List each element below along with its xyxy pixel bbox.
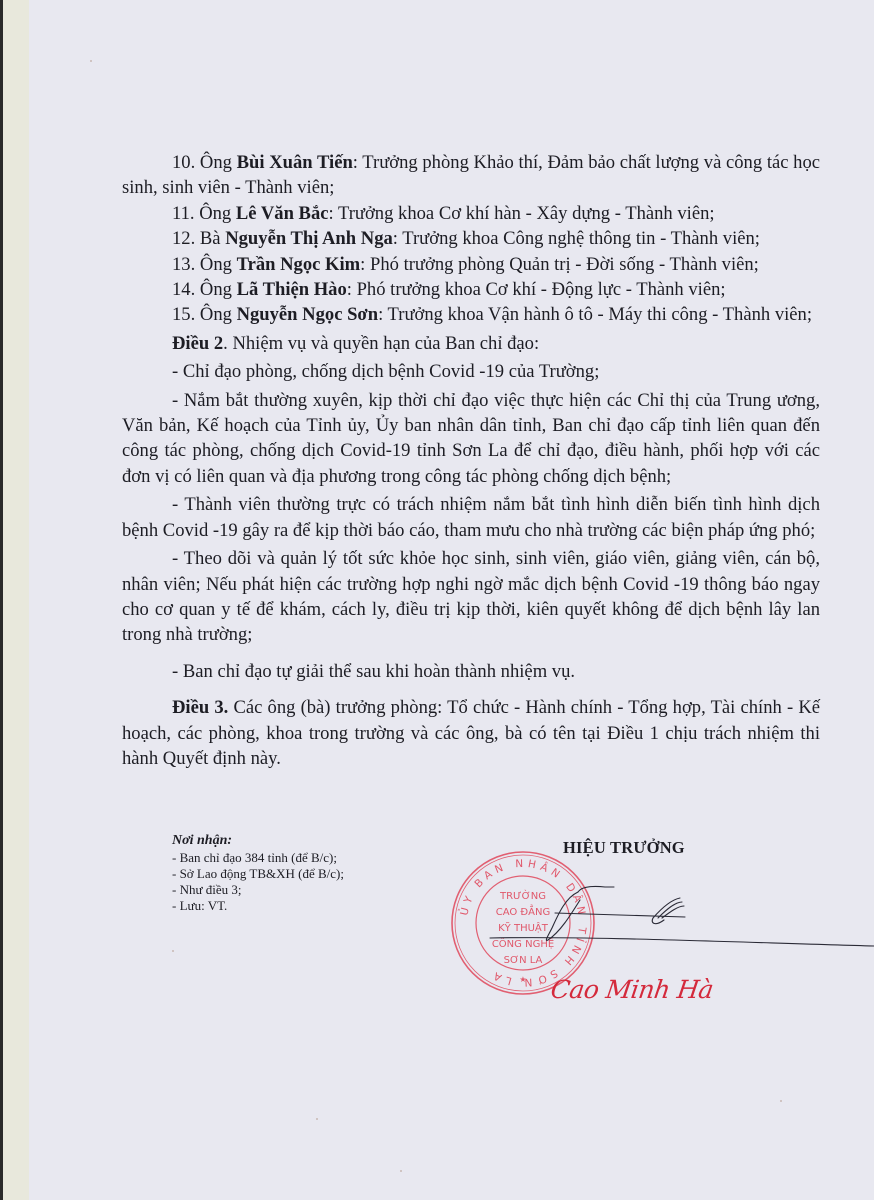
paper-speck (780, 1100, 782, 1102)
article-2-item: - Ban chỉ đạo tự giải thể sau khi hoàn t… (122, 659, 820, 684)
paper-speck (172, 950, 174, 952)
recipients-title: Nơi nhận: (172, 833, 344, 849)
svg-text:★: ★ (519, 975, 526, 984)
member-name: Nguyễn Ngọc Sơn (237, 304, 379, 325)
recipient-item: - Như điều 3; (172, 882, 344, 898)
member-item: 13. Ông Trần Ngọc Kim: Phó trưởng phòng … (122, 252, 820, 277)
article-2-item: - Nắm bắt thường xuyên, kịp thời chỉ đạo… (122, 388, 820, 490)
member-item: 14. Ông Lã Thiện Hào: Phó trưởng khoa Cơ… (122, 277, 820, 302)
article-2-heading: Điều 2. Nhiệm vụ và quyền hạn của Ban ch… (122, 331, 820, 356)
member-item: 15. Ông Nguyễn Ngọc Sơn: Trưởng khoa Vận… (122, 302, 820, 327)
member-name: Bùi Xuân Tiến (237, 152, 353, 173)
recipients-block: Nơi nhận: - Ban chỉ đạo 384 tỉnh (để B/c… (172, 833, 344, 914)
member-item: 10. Ông Bùi Xuân Tiến: Trưởng phòng Khảo… (122, 150, 820, 201)
article-2-item: - Chỉ đạo phòng, chống dịch bệnh Covid -… (122, 359, 820, 384)
article-3: Điều 3. Các ông (bà) trưởng phòng: Tổ ch… (122, 695, 820, 771)
paper-speck (90, 60, 92, 62)
paper-speck (316, 1118, 318, 1120)
member-name: Nguyễn Thị Anh Nga (225, 228, 393, 249)
member-name: Trần Ngọc Kim (237, 254, 361, 275)
recipient-item: - Ban chỉ đạo 384 tỉnh (để B/c); (172, 850, 344, 866)
scan-margin-strip (3, 0, 29, 1200)
article-2-item: - Thành viên thường trực có trách nhiệm … (122, 492, 820, 543)
document-body: 10. Ông Bùi Xuân Tiến: Trưởng phòng Khảo… (122, 150, 820, 774)
article-2-item: - Theo dõi và quản lý tốt sức khỏe học s… (122, 546, 820, 648)
paper-speck (400, 1170, 402, 1172)
recipient-item: - Lưu: VT. (172, 898, 344, 914)
signer-name: Cao Minh Hà (549, 975, 715, 1004)
recipient-item: - Sở Lao động TB&XH (để B/c); (172, 866, 344, 882)
member-name: Lê Văn Bắc (236, 203, 329, 224)
handwritten-signature-icon (470, 880, 874, 960)
member-item: 12. Bà Nguyễn Thị Anh Nga: Trưởng khoa C… (122, 226, 820, 251)
member-item: 11. Ông Lê Văn Bắc: Trưởng khoa Cơ khí h… (122, 201, 820, 226)
member-name: Lã Thiện Hào (237, 279, 347, 300)
